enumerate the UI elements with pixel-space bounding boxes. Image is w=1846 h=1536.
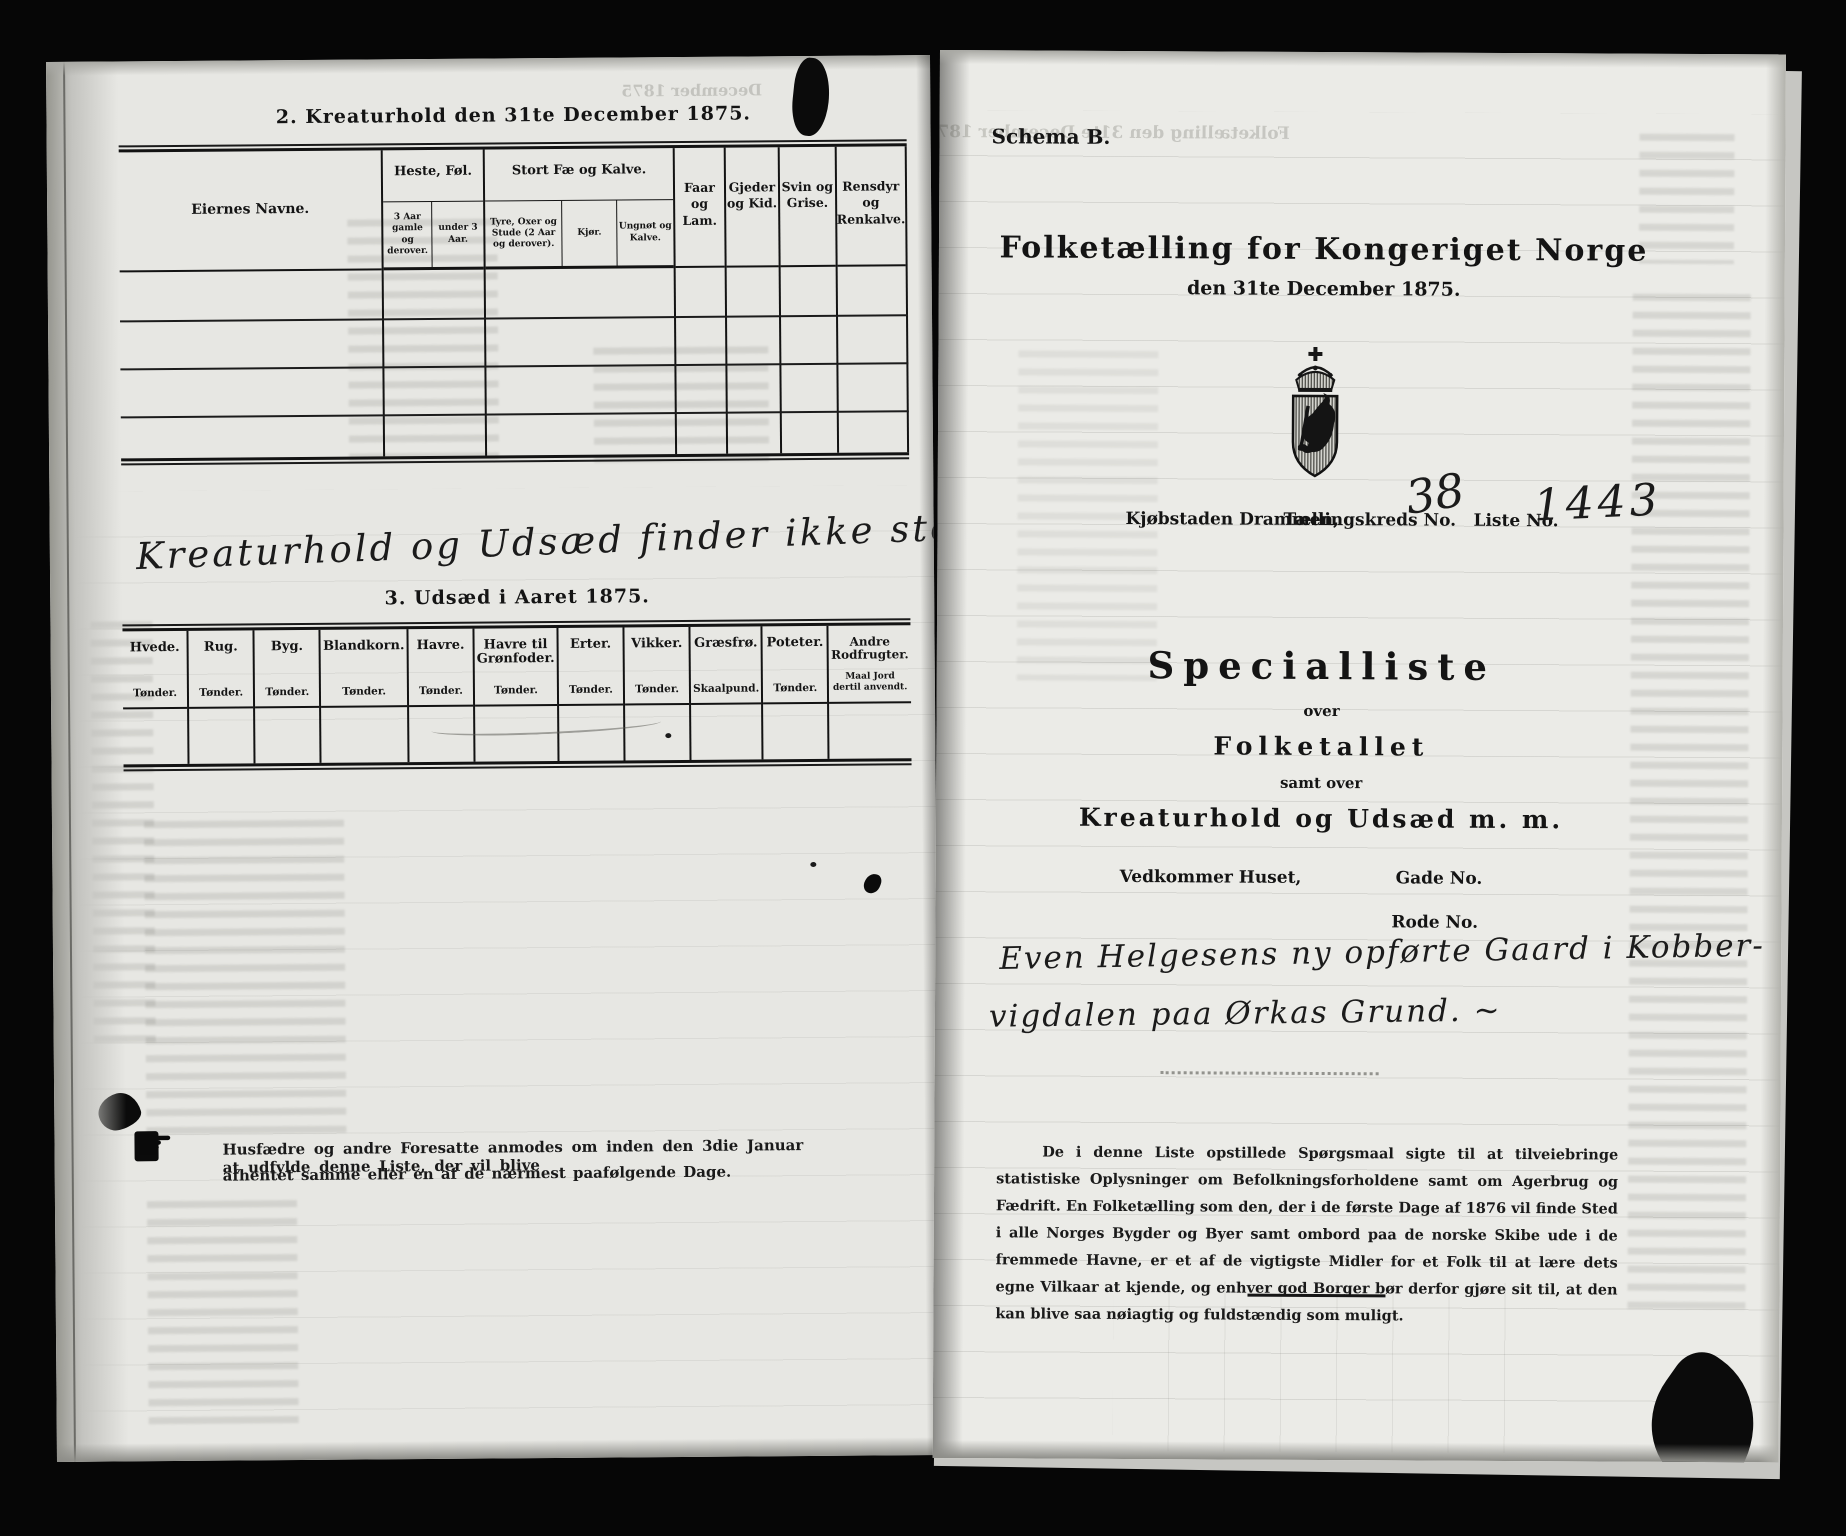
page-edge-shadow — [46, 61, 129, 1462]
bleed-mirrored-text: Folketælling den 31te December 1875. — [933, 122, 1290, 144]
handwritten-liste-number: 1443 — [1533, 474, 1663, 531]
coat-of-arms — [1274, 346, 1357, 484]
column-header: Eiernes Navne. — [119, 150, 382, 272]
column-group-heste: Heste, Føl. 3 Aar gamle og derover. unde… — [383, 150, 487, 457]
column-byg: Byg.Tønder. — [255, 630, 322, 764]
census-main-title: Folketælling for Kongeriget Norge — [999, 230, 1649, 268]
column-header: Græsfrø. — [693, 636, 759, 651]
footer-instruction-line2: afhentet samme eller en af de nærmest pa… — [223, 1162, 817, 1185]
column-header: Havre. — [410, 639, 470, 654]
column-header: Byg. — [257, 640, 317, 655]
subcolumn-header: Kjør. — [562, 201, 617, 266]
column-eiernes-navne: Eiernes Navne. — [119, 150, 386, 458]
house-label: Vedkommer Huset, — [1120, 867, 1302, 888]
corner-shadow-blot — [1624, 1341, 1786, 1463]
column-unit: Tønder. — [323, 685, 404, 698]
column-unit: Skaalpund. — [693, 682, 759, 695]
census-scan-1875: { "colors": { "paper": "#e9e8e4", "ink":… — [0, 0, 1846, 1536]
census-date-line: den 31te December 1875. — [999, 276, 1649, 301]
rode-number-label: Rode No. — [1391, 912, 1478, 932]
bleed-text-block — [144, 820, 347, 1142]
column-header: Vikker. — [627, 637, 687, 652]
subtitle-specialliste: Specialliste — [997, 642, 1647, 689]
udsaed-table: Hvede.Tønder. Rug.Tønder. Byg.Tønder. Bl… — [122, 622, 911, 767]
handwritten-note: Kreaturhold og Udsæd finder ikke sted — [135, 505, 941, 578]
right-page: Folketælling den 31te December 1875. Sch… — [933, 50, 1786, 1462]
subcolumn-header: Ungnøt og Kalve. — [617, 200, 674, 265]
column-blandkorn: Blandkorn.Tønder. — [321, 629, 409, 763]
subtitle-folketallet: Folketallet — [996, 730, 1646, 762]
group-header: Heste, Føl. — [383, 150, 483, 203]
column-unit: Tønder. — [765, 682, 825, 694]
column-svin-og-grise: Svin og Grise. — [780, 147, 839, 453]
subcolumn-header: 3 Aar gamle og derover. — [383, 202, 433, 267]
column-havre-gronfoder: Havre til Grønfoder.Tønder. — [474, 628, 559, 762]
handwritten-underline — [1161, 1071, 1379, 1075]
left-page: December 1875 2. Kreaturhold den 31te De… — [46, 55, 941, 1462]
column-unit: Maal Jord dertil anvendt. — [831, 672, 909, 694]
column-header: Erter. — [560, 638, 620, 653]
kreaturhold-table: Eiernes Navne. Heste, Føl. 3 Aar gamle o… — [119, 143, 909, 461]
column-unit: Tønder. — [191, 686, 251, 698]
column-group-stort-fae: Stort Fæ og Kalve. Tyre, Oxer og Stude (… — [485, 148, 677, 455]
column-header: Rensdyr og Renkalve. — [836, 146, 905, 267]
page-edge-shadow — [940, 50, 1786, 68]
subtitle-kreaturhold: Kreaturhold og Udsæd m. m. — [996, 802, 1646, 834]
column-header: Faar og Lam. — [675, 148, 724, 268]
column-unit: Tønder. — [411, 685, 471, 697]
subtitle-over: over — [997, 700, 1647, 721]
column-graesfro: Græsfrø.Skaalpund. — [691, 626, 764, 760]
ink-blot — [862, 871, 884, 895]
udsaed-table-title: 3. Udsæd i Aaret 1875. — [122, 583, 912, 611]
column-header: Rug. — [191, 640, 251, 655]
subcolumn-header: Tyre, Oxer og Stude (2 Aar og derover). — [485, 201, 563, 267]
lion-crest-icon — [1274, 346, 1357, 480]
group-header: Stort Fæ og Kalve. — [485, 148, 673, 201]
column-unit: Tønder. — [627, 683, 687, 695]
pointing-hand-icon: ☛ — [134, 1119, 174, 1170]
column-header: Poteter. — [765, 636, 825, 651]
column-header: Hvede. — [125, 641, 185, 656]
kreaturhold-table-title: 2. Kreaturhold den 31te December 1875. — [118, 101, 908, 129]
column-header: Blandkorn. — [323, 639, 405, 654]
subcolumn-header: under 3 Aar. — [432, 202, 483, 267]
column-header: Andre Rodfrugter. — [831, 635, 909, 662]
bleed-text-block — [147, 1200, 299, 1431]
column-unit: Tønder. — [561, 684, 621, 696]
column-gjeder-og-kid: Gjeder og Kid. — [725, 147, 782, 453]
column-unit: Tønder. — [257, 686, 317, 698]
gutter-shadow — [933, 50, 970, 1458]
column-poteter: Poteter.Tønder. — [763, 626, 830, 760]
column-erter: Erter.Tønder. — [558, 627, 625, 761]
schema-label: Schema B. — [991, 124, 1110, 149]
bleed-text-block — [1627, 294, 1750, 1315]
column-faar-og-lam: Faar og Lam. — [675, 148, 728, 454]
column-rug: Rug.Tønder. — [189, 630, 256, 764]
ink-speck — [665, 733, 671, 738]
handwritten-address-line1: Even Helgesens ny opførte Gaard i Kobber… — [999, 928, 1765, 977]
subtitle-samt-over: samt over — [996, 772, 1646, 793]
column-vikker: Vikker.Tønder. — [625, 627, 692, 761]
column-hvede: Hvede.Tønder. — [122, 631, 189, 765]
handwritten-district-number: 38 — [1402, 462, 1468, 524]
bleed-text-block — [1639, 134, 1735, 264]
street-number-label: Gade No. — [1396, 868, 1483, 888]
column-andre-rodfrugter: Andre Rodfrugter.Maal Jord dertil anvend… — [829, 625, 912, 759]
column-header: Havre til Grønfoder. — [477, 638, 555, 667]
column-rensdyr: Rensdyr og Renkalve. — [836, 146, 909, 453]
page-crease — [63, 62, 76, 1462]
page-edge-shadow — [57, 1437, 941, 1462]
column-header: Svin og Grise. — [780, 147, 835, 267]
handwritten-address-line2: vigdalen paa Ørkas Grund. ~ — [989, 992, 1502, 1034]
explanatory-paragraph: De i denne Liste opstillede Spørgsmaal s… — [995, 1138, 1618, 1330]
column-unit: Tønder. — [125, 687, 185, 699]
column-unit: Tønder. — [477, 684, 555, 697]
column-havre: Havre.Tønder. — [408, 629, 475, 763]
column-header: Gjeder og Kid. — [725, 147, 778, 267]
ink-speck — [810, 862, 816, 867]
bleed-mirrored-text: December 1875 — [621, 80, 762, 100]
